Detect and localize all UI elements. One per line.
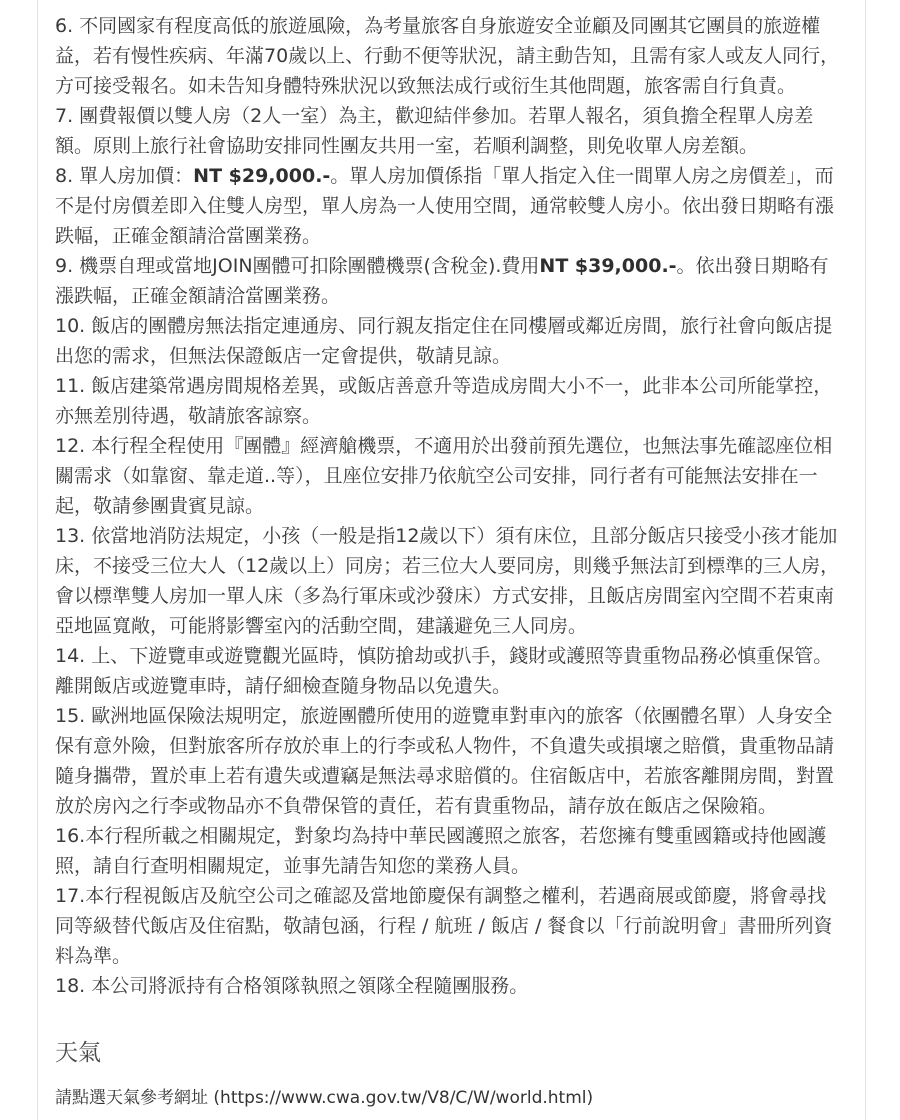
weather-url-link[interactable]: https://www.cwa.gov.tw/V8/C/W/world.html bbox=[220, 1088, 586, 1108]
ticket-deduction-price: NT $39,000.- bbox=[539, 255, 676, 277]
terms-item-18: 18. 本公司將派持有合格領隊執照之領隊全程隨團服務。 bbox=[55, 971, 845, 1001]
terms-document: 6. 不同國家有程度高低的旅遊風險，為考量旅客自身旅遊安全並顧及同團其它團員的旅… bbox=[37, 0, 866, 1120]
weather-heading: 天氣 bbox=[55, 1038, 845, 1068]
terms-item-15: 15. 歐洲地區保險法規明定，旅遊團體所使用的遊覽車對車內的旅客（依團體名單）人… bbox=[55, 701, 845, 821]
terms-item-10: 10. 飯店的團體房無法指定連通房、同行親友指定住在同樓層或鄰近房間，旅行社會向… bbox=[55, 311, 845, 371]
terms-item-7: 7. 團費報價以雙人房（2人一室）為主，歡迎結伴參加。若單人報名，須負擔全程單人… bbox=[55, 101, 845, 161]
weather-note: 請點選天氣參考網址 (https://www.cwa.gov.tw/V8/C/W… bbox=[55, 1085, 845, 1111]
terms-item-16: 16.本行程所載之相關規定，對象均為持中華民國護照之旅客，若您擁有雙重國籍或持他… bbox=[55, 821, 845, 881]
terms-item-8-pre: 8. 單人房加價： bbox=[55, 165, 193, 187]
terms-item-9-pre: 9. 機票自理或當地JOIN團體可扣除團體機票(含稅金).費用 bbox=[55, 255, 539, 277]
terms-item-13: 13. 依當地消防法規定，小孩（一般是指12歲以下）須有床位，且部分飯店只接受小… bbox=[55, 521, 845, 641]
weather-note-prefix: 請點選天氣參考網址 ( bbox=[55, 1088, 220, 1108]
terms-item-11: 11. 飯店建築常遇房間規格差異，或飯店善意升等造成房間大小不一，此非本公司所能… bbox=[55, 371, 845, 431]
terms-item-17: 17.本行程視飯店及航空公司之確認及當地節慶保有調整之權利，若遇商展或節慶，將會… bbox=[55, 881, 845, 971]
terms-item-14: 14. 上、下遊覽車或遊覽觀光區時，慎防搶劫或扒手，錢財或護照等貴重物品務必慎重… bbox=[55, 641, 845, 701]
single-room-surcharge-price: NT $29,000.- bbox=[193, 165, 330, 187]
terms-item-6: 6. 不同國家有程度高低的旅遊風險，為考量旅客自身旅遊安全並顧及同團其它團員的旅… bbox=[55, 11, 845, 101]
terms-list: 6. 不同國家有程度高低的旅遊風險，為考量旅客自身旅遊安全並顧及同團其它團員的旅… bbox=[55, 11, 845, 1001]
weather-note-suffix: ) bbox=[587, 1088, 594, 1108]
terms-item-8: 8. 單人房加價：NT $29,000.-。單人房加價係指「單人指定入住一間單人… bbox=[55, 161, 845, 251]
terms-item-12: 12. 本行程全程使用『團體』經濟艙機票，不適用於出發前預先選位，也無法事先確認… bbox=[55, 431, 845, 521]
terms-item-9: 9. 機票自理或當地JOIN團體可扣除團體機票(含稅金).費用NT $39,00… bbox=[55, 251, 845, 311]
